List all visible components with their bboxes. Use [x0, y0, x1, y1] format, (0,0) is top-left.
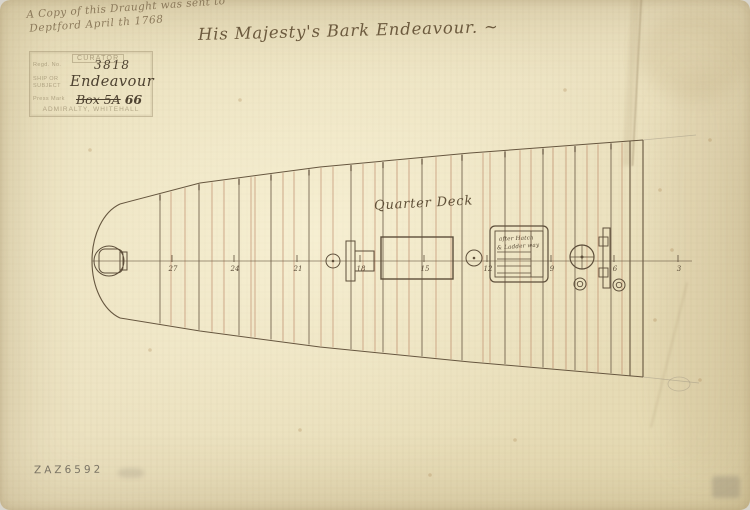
foxing-speck [428, 473, 432, 477]
scanned-ship-plan: 272421181512963 A Copy of this Draught w… [0, 0, 750, 510]
foxing-speck [653, 318, 657, 322]
deck-edge-top [120, 140, 643, 204]
main-mast-center [581, 256, 584, 259]
stamp-label-subject: SUBJECT [33, 83, 61, 89]
ring-bolt-inner [616, 282, 621, 287]
after-hatch-inner [495, 231, 543, 277]
stamp-label-regd-no: Regd. No. [33, 62, 61, 68]
wheel-center [473, 257, 476, 260]
station-number: 18 [357, 265, 366, 273]
after-hatch-outer [490, 226, 548, 282]
stamp-entry-box: Box 5A 66 [76, 92, 142, 107]
foxing-speck [708, 138, 712, 142]
station-number: 21 [293, 265, 303, 273]
foxing-speck [513, 438, 517, 442]
foxing-speck [88, 148, 92, 152]
station-number: 27 [168, 265, 178, 273]
mizzen-mast-center [332, 260, 335, 263]
stamp-entry-number: 3818 [94, 58, 131, 72]
stamp-label-ship-or: SHIP OR [33, 76, 58, 82]
foxing-speck [563, 88, 567, 92]
station-number: 15 [421, 265, 430, 273]
stamp-entry-box-struck: Box 5A [76, 92, 121, 107]
foxing-speck [298, 428, 302, 432]
station-number: 9 [550, 265, 555, 273]
stamp-entry-ship: Endeavour [70, 74, 154, 90]
foxing-speck [658, 188, 662, 192]
ring-bolt-inner [577, 281, 582, 286]
station-number: 24 [230, 265, 240, 273]
station-number: 12 [484, 265, 493, 273]
pencil-extension-top [643, 135, 696, 140]
deck-edge-bottom [120, 318, 643, 377]
stamp-label-press-mark: Press Mark [33, 96, 65, 102]
station-number: 6 [613, 265, 618, 273]
ring-bolt [613, 279, 625, 291]
pencil-oval [668, 377, 690, 391]
foxing-speck [238, 98, 242, 102]
pencil-extension-bottom [643, 377, 699, 383]
stamp-footer: ADMIRALTY, WHITEHALL [30, 106, 152, 113]
station-number: 3 [677, 265, 682, 273]
ring-bolt [574, 278, 586, 290]
foxing-speck [670, 248, 674, 252]
stamp-entry-box-new: 66 [125, 92, 142, 107]
foxing-speck [148, 348, 152, 352]
companion-skylight [381, 237, 453, 279]
foxing-speck [698, 378, 702, 382]
curator-stamp: CURATOR Regd. No. SHIP OR SUBJECT Press … [29, 51, 153, 117]
